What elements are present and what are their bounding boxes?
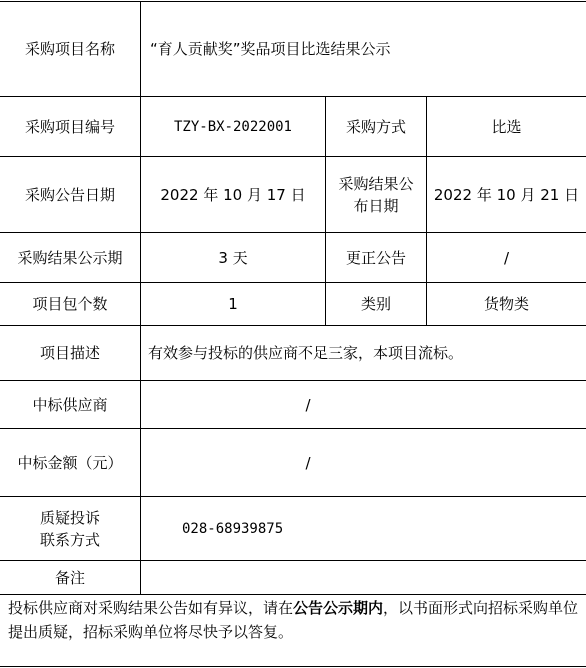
value-project-name: “育人贡献奖”奖品项目比选结果公示 — [150, 2, 580, 96]
value-package-count: 1 — [141, 283, 325, 325]
label-result-date-line2: 布日期 — [353, 195, 398, 217]
label-winning-amount: 中标金额（元） — [0, 429, 140, 496]
value-procurement-method: 比选 — [427, 97, 586, 156]
label-complaint-contact-line1: 质疑投诉 — [40, 507, 100, 529]
value-description: 有效参与投标的供应商不足三家，本项目流标。 — [148, 326, 578, 380]
value-remarks — [141, 561, 586, 594]
note-text-bold: 公告公示期内 — [293, 599, 383, 617]
value-winning-supplier: / — [141, 381, 475, 428]
value-result-date: 2022 年 10 月 21 日 — [427, 157, 586, 232]
value-complaint-contact: 028-68939875 — [182, 497, 562, 560]
note-text-part1: 投标供应商对采购结果公告如有异议，请在 — [8, 599, 293, 617]
label-package-count: 项目包个数 — [0, 283, 140, 325]
label-procurement-method: 采购方式 — [326, 97, 426, 156]
label-description: 项目描述 — [0, 326, 140, 380]
label-result-date: 采购结果公 布日期 — [326, 157, 426, 232]
value-category: 货物类 — [427, 283, 586, 325]
border-bottom — [0, 666, 586, 667]
label-project-name: 采购项目名称 — [0, 2, 140, 96]
label-correction-notice: 更正公告 — [326, 233, 426, 282]
label-project-number: 采购项目编号 — [0, 97, 140, 156]
label-result-date-line1: 采购结果公 — [338, 173, 413, 195]
value-correction-notice: / — [427, 233, 586, 282]
label-winning-supplier: 中标供应商 — [0, 381, 140, 428]
label-announcement-date: 采购公告日期 — [0, 157, 140, 232]
value-publicity-period: 3 天 — [141, 233, 325, 282]
value-winning-amount: / — [141, 429, 475, 496]
complaint-note: 投标供应商对采购结果公告如有异议，请在公告公示期内，以书面形式向招标采购单位提出… — [8, 596, 582, 644]
label-complaint-contact-line2: 联系方式 — [40, 529, 100, 551]
row-divider — [0, 594, 586, 595]
label-remarks: 备注 — [0, 561, 140, 594]
label-category: 类别 — [326, 283, 426, 325]
label-publicity-period: 采购结果公示期 — [0, 233, 140, 282]
label-complaint-contact: 质疑投诉 联系方式 — [0, 497, 140, 560]
value-project-number: TZY-BX-2022001 — [141, 97, 325, 156]
value-announcement-date: 2022 年 10 月 17 日 — [141, 157, 325, 232]
